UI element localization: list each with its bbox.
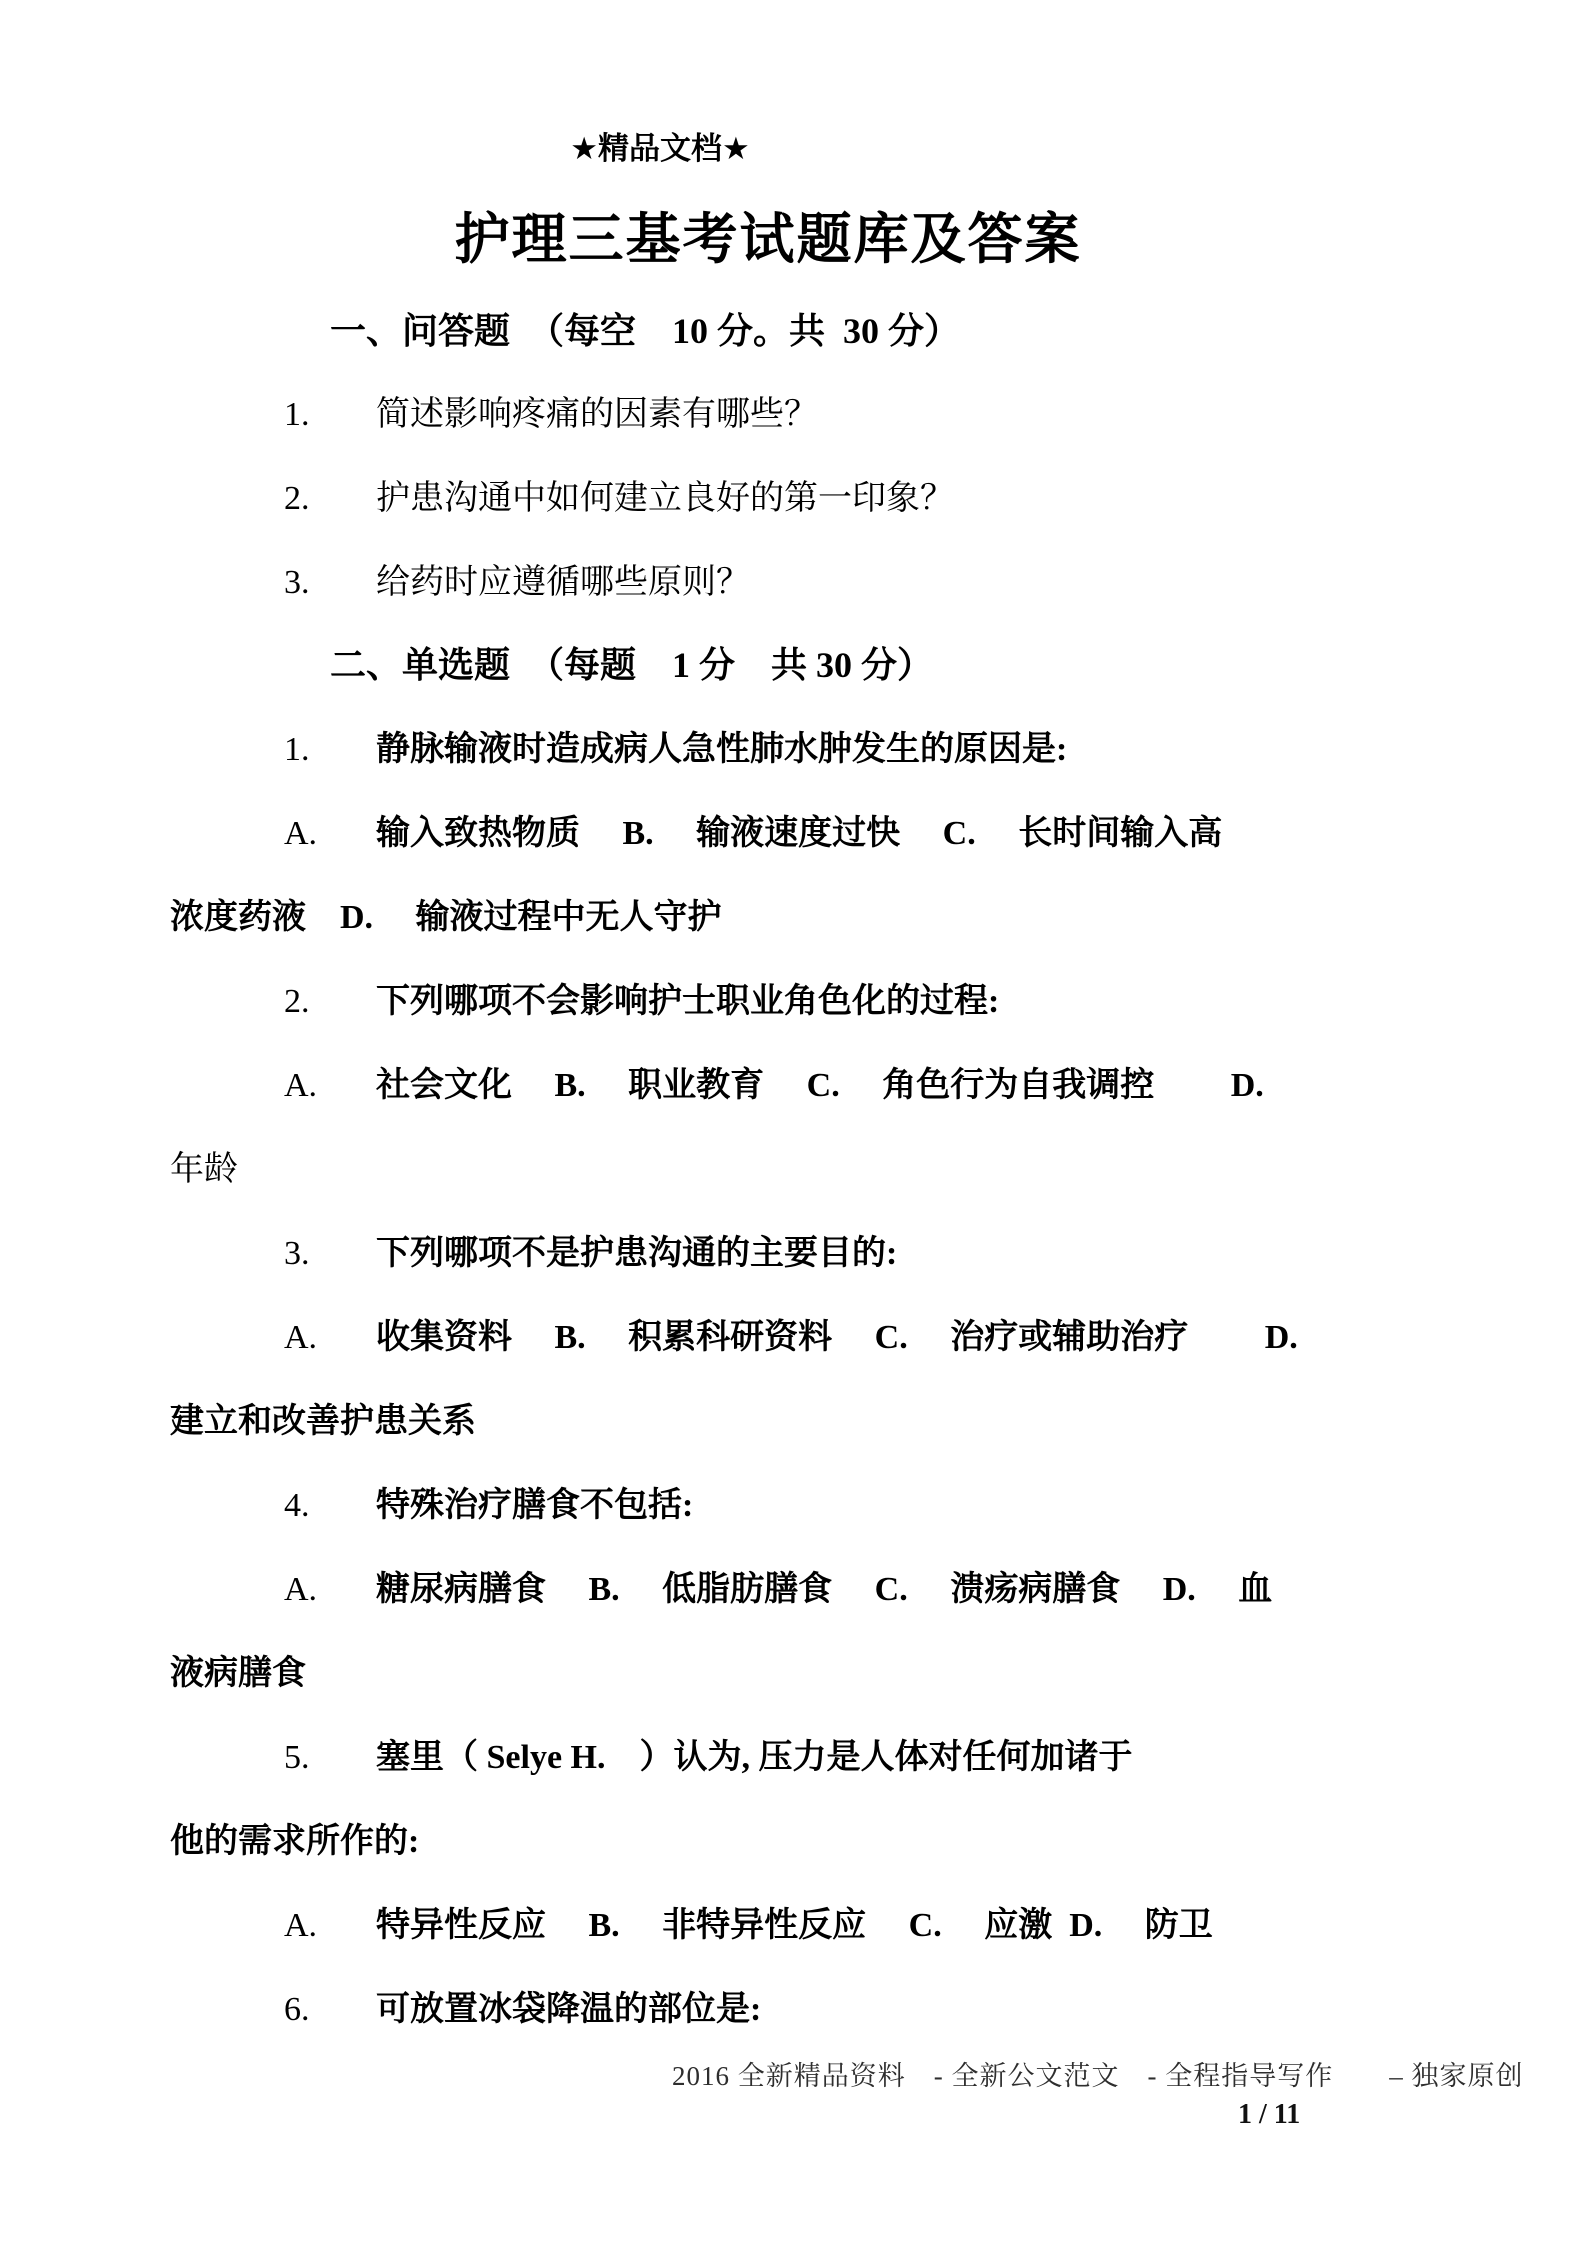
option-text: 糖尿病膳食 B. 低脂肪膳食 C. 溃疡病膳食 D. 血 [376, 1571, 1272, 1608]
mc-question-5-stem-wrap: 他的需求所作的: [170, 1822, 419, 1861]
mc-question-1: 1.静脉输液时造成病人急性肺水肿发生的原因是: [284, 730, 1067, 769]
mc-question-2-options-wrap: 年龄 [170, 1150, 238, 1189]
question-number: 2. [284, 982, 376, 1021]
option-label: A. [284, 1066, 376, 1105]
question-number: 4. [284, 1486, 376, 1525]
question-text: 塞里（ Selye H. ）认为, 压力是人体对任何加诸于 [376, 1739, 1132, 1776]
mc-question-5-options: A.特异性反应 B. 非特异性反应 C. 应激 D. 防卫 [284, 1906, 1213, 1945]
mc-question-1-options-wrap: 浓度药液 D. 输液过程中无人守护 [170, 898, 722, 937]
option-text: 收集资料 B. 积累科研资料 C. 治疗或辅助治疗 D. [376, 1319, 1298, 1356]
mc-question-3-options: A.收集资料 B. 积累科研资料 C. 治疗或辅助治疗 D. [284, 1318, 1298, 1357]
question-number: 3. [284, 563, 376, 602]
qa-question-3: 3.给药时应遵循哪些原则？ [284, 563, 750, 602]
question-text: 下列哪项不会影响护士职业角色化的过程: [376, 983, 999, 1020]
mc-question-3: 3.下列哪项不是护患沟通的主要目的: [284, 1234, 897, 1273]
question-number: 6. [284, 1990, 376, 2029]
option-text: 输入致热物质 B. 输液速度过快 C. 长时间输入高 [376, 815, 1222, 852]
document-title: 护理三基考试题库及答案 [0, 208, 1536, 271]
mc-question-4-options: A.糖尿病膳食 B. 低脂肪膳食 C. 溃疡病膳食 D. 血 [284, 1570, 1272, 1609]
qa-question-2: 2.护患沟通中如何建立良好的第一印象？ [284, 479, 954, 518]
mc-question-2-options: A.社会文化 B. 职业教育 C. 角色行为自我调控 D. [284, 1066, 1264, 1105]
option-text: 社会文化 B. 职业教育 C. 角色行为自我调控 D. [376, 1067, 1264, 1104]
premium-doc-banner: ★精品文档★ [0, 131, 1320, 167]
mc-question-3-options-wrap: 建立和改善护患关系 [170, 1402, 476, 1441]
qa-question-1: 1.简述影响疼痛的因素有哪些？ [284, 395, 818, 434]
option-label: A. [284, 1906, 376, 1945]
document-page: ★精品文档★ 护理三基考试题库及答案 一、问答题 （每空 10 分。共 30 分… [0, 0, 1594, 2255]
option-text: 特异性反应 B. 非特异性反应 C. 应激 D. 防卫 [376, 1907, 1213, 1944]
question-number: 1. [284, 395, 376, 434]
question-text: 简述影响疼痛的因素有哪些？ [376, 396, 818, 433]
question-number: 1. [284, 730, 376, 769]
question-number: 3. [284, 1234, 376, 1273]
question-number: 2. [284, 479, 376, 518]
question-text: 可放置冰袋降温的部位是: [376, 1991, 761, 2028]
mc-question-2: 2.下列哪项不会影响护士职业角色化的过程: [284, 982, 999, 1021]
section1-heading: 一、问答题 （每空 10 分。共 30 分） [330, 311, 960, 352]
question-text: 静脉输液时造成病人急性肺水肿发生的原因是: [376, 731, 1067, 768]
option-label: A. [284, 1318, 376, 1357]
mc-question-4-options-wrap: 液病膳食 [170, 1654, 306, 1693]
question-text: 给药时应遵循哪些原则？ [376, 564, 750, 601]
question-number: 5. [284, 1738, 376, 1777]
question-text: 护患沟通中如何建立良好的第一印象？ [376, 480, 954, 517]
question-text: 特殊治疗膳食不包括: [376, 1487, 693, 1524]
option-label: A. [284, 1570, 376, 1609]
section2-heading: 二、单选题 （每题 1 分 共 30 分） [330, 645, 933, 686]
page-number: 1 / 11 [1238, 2099, 1300, 2131]
mc-question-1-options: A.输入致热物质 B. 输液速度过快 C. 长时间输入高 [284, 814, 1222, 853]
option-label: A. [284, 814, 376, 853]
mc-question-6: 6.可放置冰袋降温的部位是: [284, 1990, 761, 2029]
question-text: 下列哪项不是护患沟通的主要目的: [376, 1235, 897, 1272]
mc-question-4: 4.特殊治疗膳食不包括: [284, 1486, 693, 1525]
mc-question-5: 5.塞里（ Selye H. ）认为, 压力是人体对任何加诸于 [284, 1738, 1132, 1777]
footer-note: 2016 全新精品资料 - 全新公文范文 - 全程指导写作 – 独家原创 [672, 2061, 1523, 2092]
